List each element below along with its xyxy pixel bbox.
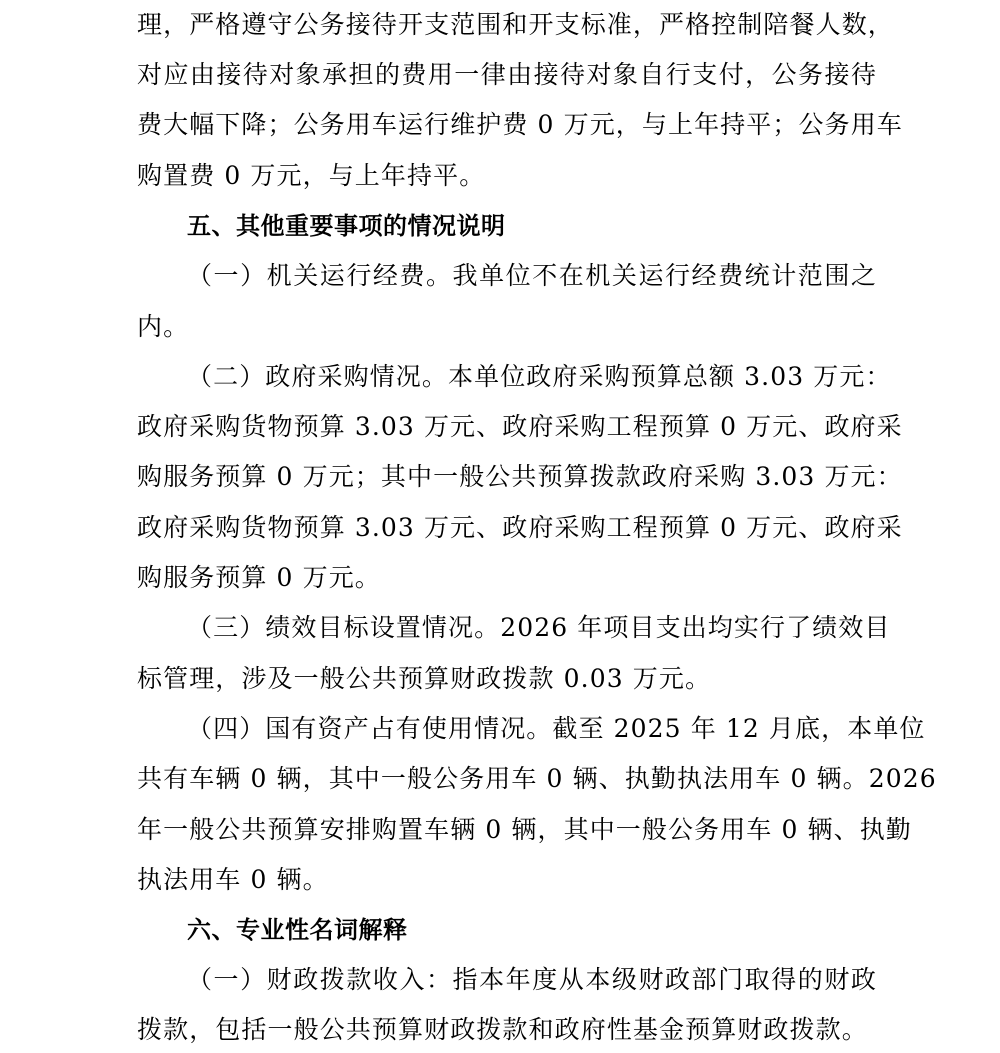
- paragraph-line: 理，严格遵守公务接待开支范围和开支标准，严格控制陪餐人数，: [137, 0, 877, 50]
- paragraph-line: 共有车辆 0 辆，其中一般公务用车 0 辆、执勤执法用车 0 辆。2026: [137, 754, 877, 804]
- paragraph-line: （一）机关运行经费。我单位不在机关运行经费统计范围之: [187, 251, 877, 301]
- paragraph-line: 购服务预算 0 万元。: [137, 553, 381, 603]
- paragraph-line: 费大幅下降；公务用车运行维护费 0 万元，与上年持平；公务用车: [137, 100, 877, 150]
- paragraph-line: （四）国有资产占有使用情况。截至 2025 年 12 月底，本单位: [187, 704, 877, 754]
- paragraph-line: 政府采购货物预算 3.03 万元、政府采购工程预算 0 万元、政府采: [137, 402, 877, 452]
- paragraph-line: 拨款，包括一般公共预算财政拨款和政府性基金预算财政拨款。: [137, 1005, 868, 1053]
- paragraph-line: 执法用车 0 辆。: [137, 855, 329, 905]
- paragraph-line: （二）政府采购情况。本单位政府采购预算总额 3.03 万元：: [187, 352, 877, 402]
- section-heading-6: 六、专业性名词解释: [187, 905, 408, 955]
- paragraph-line: 政府采购货物预算 3.03 万元、政府采购工程预算 0 万元、政府采: [137, 503, 877, 553]
- paragraph-line: 对应由接待对象承担的费用一律由接待对象自行支付，公务接待: [137, 50, 877, 100]
- paragraph-line: 购服务预算 0 万元；其中一般公共预算拨款政府采购 3.03 万元：: [137, 452, 877, 502]
- paragraph-line: 内。: [137, 302, 189, 352]
- paragraph-line: （三）绩效目标设置情况。2026 年项目支出均实行了绩效目: [187, 603, 877, 653]
- section-heading-5: 五、其他重要事项的情况说明: [187, 201, 506, 251]
- paragraph-line: 购置费 0 万元，与上年持平。: [137, 151, 485, 201]
- paragraph-line: （一）财政拨款收入：指本年度从本级财政部门取得的财政: [187, 955, 877, 1005]
- paragraph-line: 标管理，涉及一般公共预算财政拨款 0.03 万元。: [137, 654, 711, 704]
- paragraph-line: 年一般公共预算安排购置车辆 0 辆，其中一般公务用车 0 辆、执勤: [137, 805, 877, 855]
